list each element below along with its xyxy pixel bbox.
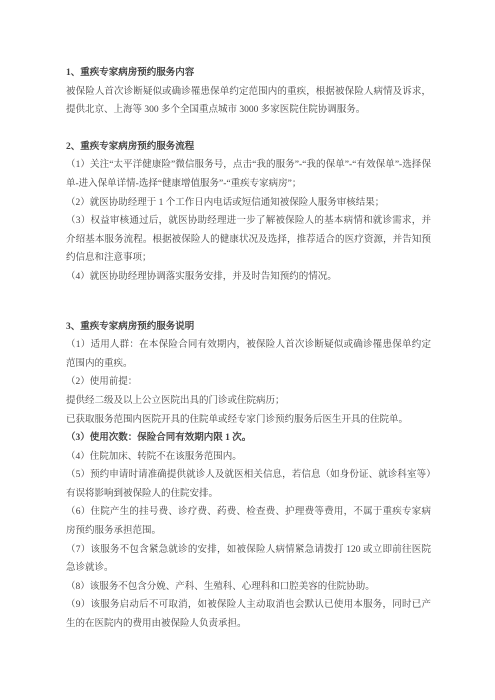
paragraph: 已获取服务范围内医院开具的住院单或经专家门诊预约服务后医生开具的住院单。 xyxy=(66,411,431,430)
paragraph-usage-limit: （3）使用次数：保险合同有效期内限 1 次。 xyxy=(66,429,431,448)
paragraph: （4）就医协助经理协调落实服务安排，并及时告知预约的情况。 xyxy=(66,268,431,287)
paragraph: （9）该服务启动后不可取消，如被保险人主动取消也会默认已使用本服务，同时已产生的… xyxy=(66,596,431,633)
paragraph: （2）使用前提： xyxy=(66,373,431,392)
paragraph: （3）权益审核通过后，就医协助经理进一步了解被保险人的基本病情和就诊需求，并介绍… xyxy=(66,212,431,268)
paragraph: （1）关注“太平洋健康险”微信服务号，点击“我的服务”-“我的保单”-“有效保单… xyxy=(66,156,431,193)
section-heading: 1、重疾专家病房预约服务内容 xyxy=(66,64,431,83)
section-service-content: 1、重疾专家病房预约服务内容 被保险人首次诊断疑似或确诊罹患保单约定范围内的重疾… xyxy=(66,64,431,120)
paragraph: （4）住院加床、转院不在该服务范围内。 xyxy=(66,448,431,467)
paragraph: （7）该服务不包含紧急就诊的安排，如被保险人病情紧急请拨打 120 或立即前往医… xyxy=(66,541,431,578)
paragraph: （6）住院产生的挂号费、诊疗费、药费、检查费、护理费等费用，不属于重疾专家病房预… xyxy=(66,503,431,540)
paragraph: 提供经二级及以上公立医院出具的门诊或住院病历； xyxy=(66,392,431,411)
paragraph: 被保险人首次诊断疑似或确诊罹患保单约定范围内的重疾，根据被保险人病情及诉求，提供… xyxy=(66,83,431,120)
paragraph: （1）适用人群：在本保险合同有效期内，被保险人首次诊断疑似或确诊罹患保单约定范围… xyxy=(66,336,431,373)
paragraph: （8）该服务不包含分娩、产科、生殖科、心理科和口腔美容的住院协助。 xyxy=(66,578,431,597)
section-service-notes: 3、重疾专家病房预约服务说明 （1）适用人群：在本保险合同有效期内，被保险人首次… xyxy=(66,318,431,634)
paragraph: （5）预约申请时请准确提供就诊人及就医相关信息，若信息（如身份证、就诊科室等）有… xyxy=(66,466,431,503)
document-page: 1、重疾专家病房预约服务内容 被保险人首次诊断疑似或确诊罹患保单约定范围内的重疾… xyxy=(0,0,495,700)
paragraph: （2）就医协助经理于 1 个工作日内电话或短信通知被保险人服务审核结果； xyxy=(66,194,431,213)
section-service-process: 2、重疾专家病房预约服务流程 （1）关注“太平洋健康险”微信服务号，点击“我的服… xyxy=(66,138,431,287)
section-heading: 2、重疾专家病房预约服务流程 xyxy=(66,138,431,157)
section-heading: 3、重疾专家病房预约服务说明 xyxy=(66,318,431,337)
